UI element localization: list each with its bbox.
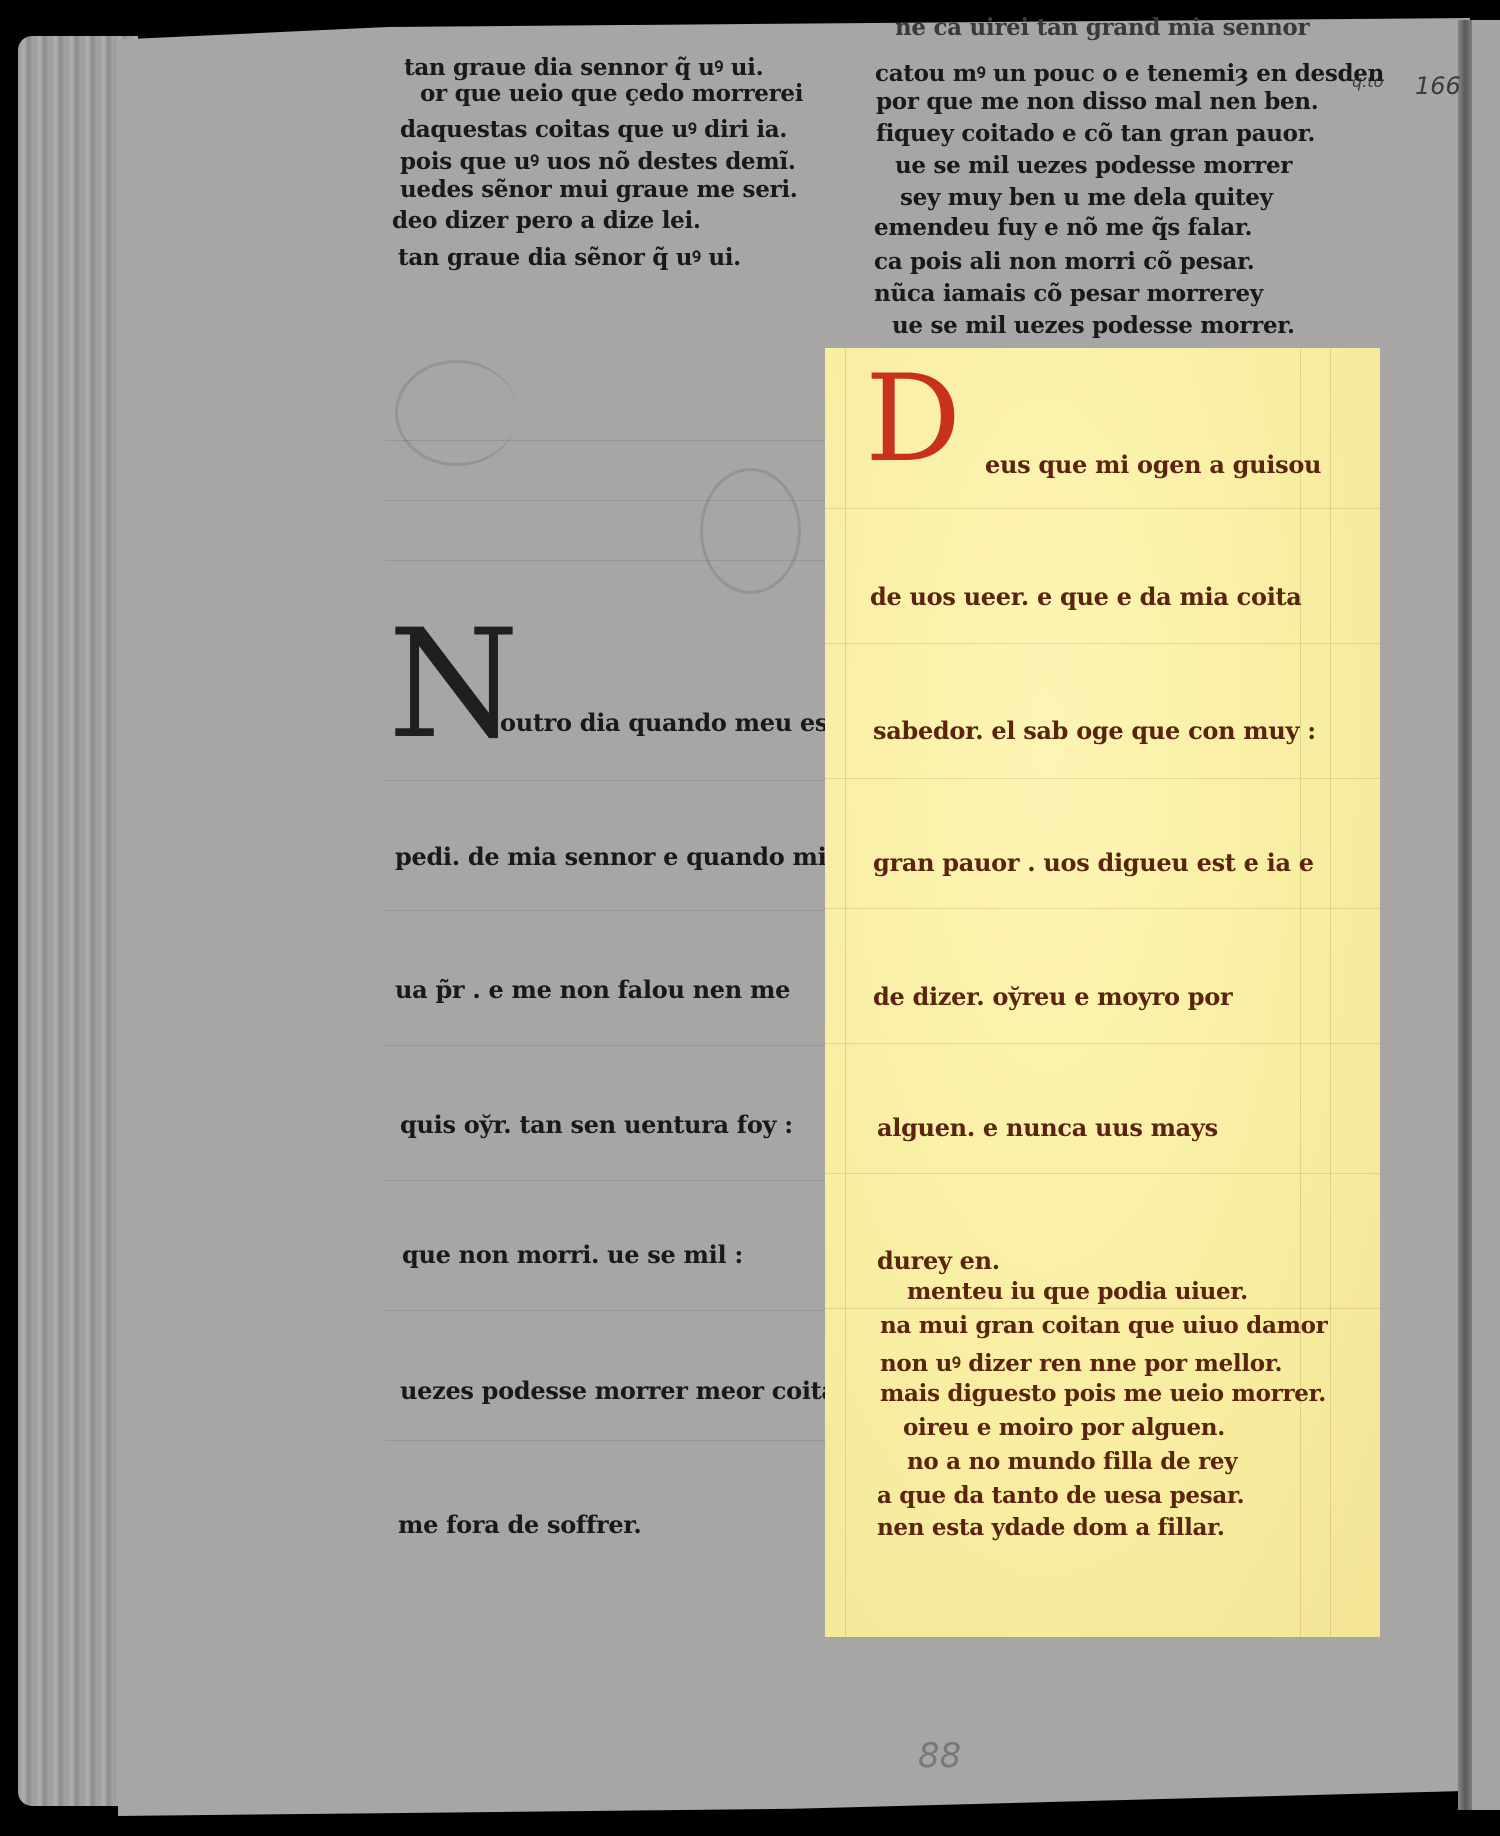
ruling-line [385, 1310, 825, 1311]
text-line: a que da tanto de uesa pesar. [877, 1482, 1244, 1509]
ruling-line [825, 1173, 1380, 1174]
text-line: gran pauor . uos digueu est e ia e [873, 848, 1314, 877]
text-line: me fora de soffrer. [398, 1510, 642, 1539]
ruling-line [825, 778, 1380, 779]
text-line: daquestas coitas que uꝰ diri ia. [400, 112, 787, 144]
text-line: ue se mil uezes podesse morrer [895, 152, 1292, 179]
ruling-line [825, 508, 1380, 509]
initial-letter-n: N [388, 610, 519, 760]
show-through-initial [700, 468, 801, 594]
text-line: nen esta ydade dom a fillar. [877, 1514, 1225, 1541]
text-line: fiquey coitado e cõ tan gran pauor. [876, 120, 1315, 147]
text-line: tan graue dia sennor q̃ uꝰ ui. [404, 50, 763, 82]
text-line: durey en. [877, 1246, 1000, 1275]
text-line: quis oy̆r. tan sen uentura foy : [400, 1110, 793, 1139]
ruling-line [385, 780, 825, 781]
text-line: oireu e moiro por alguen. [903, 1414, 1225, 1441]
text-line: mais diguesto pois me ueio morrer. [880, 1380, 1326, 1407]
book-gutter [1458, 20, 1472, 1810]
text-line: ne ca uirei tan grand mia sennor [895, 14, 1309, 41]
ruling-line [825, 643, 1380, 644]
text-line: sey muy ben u me dela quitey [900, 184, 1273, 211]
pencil-page-number: 88 [918, 1736, 961, 1776]
text-line: menteu iu que podia uiuer. [907, 1278, 1248, 1305]
text-line: que non morri. ue se mil : [402, 1240, 743, 1269]
text-line: ca pois ali non morri cõ pesar. [874, 248, 1255, 275]
text-line: outro dia quando meu es [500, 708, 828, 737]
text-line: eus que mi ogen a guisou [985, 450, 1321, 479]
ruling-line [825, 908, 1380, 909]
text-line: emendeu fuy e nõ me q̃s falar. [874, 214, 1252, 241]
ruling-line [1300, 348, 1301, 1637]
ruling-line [385, 1180, 825, 1181]
text-line: de dizer. oy̆reu e moyro por [873, 982, 1232, 1011]
text-line: por que me non disso mal nen ben. [876, 88, 1318, 115]
text-line: non uꝰ dizer ren nne por mellor. [880, 1346, 1282, 1378]
text-line: uezes podesse morrer meor coita. [400, 1376, 845, 1405]
ruling-line [845, 348, 846, 1637]
text-line: catou mꝰ un pouc o e tenemiȝ en desden [875, 56, 1384, 88]
text-line: ua p̃r . e me non falou nen me [395, 975, 790, 1004]
text-line: nũca iamais cõ pesar morrerey [874, 280, 1263, 307]
highlighted-region: D eus que mi ogen a guisou de uos ueer. … [825, 348, 1380, 1637]
show-through-initial [395, 360, 518, 466]
ruling-line [1330, 348, 1331, 1637]
ruling-line [385, 910, 825, 911]
ruling-line [825, 1043, 1380, 1044]
text-line: sabedor. el sab oge que con muy : [873, 716, 1316, 745]
text-line: pois que uꝰ uos nõ destes demĩ. [400, 144, 796, 176]
ruling-line [385, 1045, 825, 1046]
text-line: de uos ueer. e que e da mia coita [870, 582, 1302, 611]
text-line: tan graue dia sẽnor q̃ uꝰ ui. [398, 240, 741, 272]
text-line: deo dizer pero a dize lei. [392, 207, 701, 234]
text-line: no a no mundo filla de rey [907, 1448, 1237, 1475]
folio-number: 166 [1415, 72, 1461, 100]
ruling-line [385, 1440, 825, 1441]
text-line: uedes sẽnor mui graue me seri. [400, 176, 798, 203]
facing-page-edge [1472, 20, 1500, 1810]
text-line: or que ueio que çedo morrerei [420, 80, 803, 107]
text-line: pedi. de mia sennor e quando mi ou [395, 842, 867, 871]
ruling-line [825, 1308, 1380, 1309]
text-line: ue se mil uezes podesse morrer. [892, 312, 1295, 339]
text-line: alguen. e nunca uus mays [877, 1113, 1218, 1142]
text-line: na mui gran coitan que uiuo damor [880, 1312, 1327, 1339]
rubric-initial-d: D [865, 360, 961, 480]
